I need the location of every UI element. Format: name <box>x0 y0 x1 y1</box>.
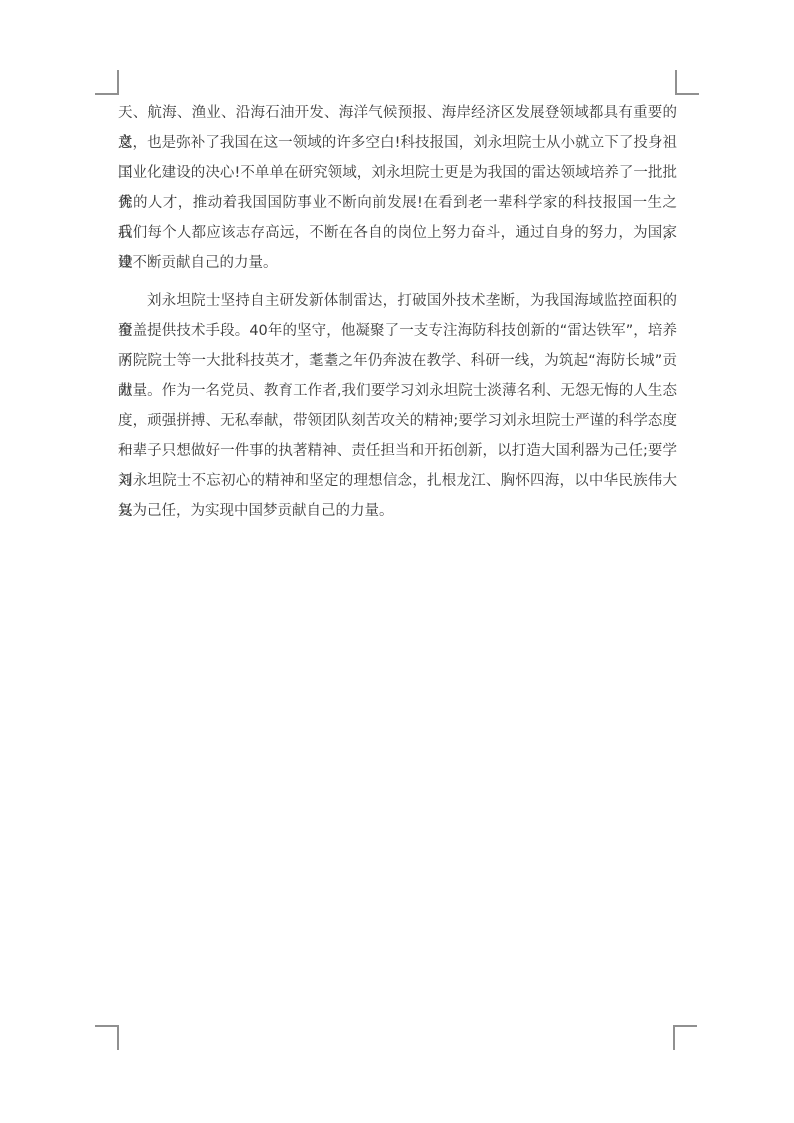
text-block: 天、航海、渔业、沿海石油开发、海洋气候预报、海岸经济区发展登领域都具有重要的意 … <box>118 98 677 526</box>
text-line: 力量。作为一名党员、教育工作者,我们要学习刘永坦院士淡薄名利、无怨无悔的人生态 <box>118 376 677 406</box>
text-line: 覆盖提供技术手段。40年的坚守，他凝聚了一支专注海防科技创新的“雷达铁军”，培养… <box>118 316 677 346</box>
text-line: 秀的人才，推动着我国国防事业不断向前发展!在看到老一辈科学家的科技报国一生之后， <box>118 188 677 218</box>
text-line: 我们每个人都应该志存高远，不断在各自的岗位上努力奋斗，通过自身的努力，为国家建 <box>118 218 677 248</box>
text-line: 两院院士等一大批科技英才，耄耋之年仍奔波在教学、科研一线，为筑起“海防长城”贡献 <box>118 346 677 376</box>
crop-mark-bottom-right-icon <box>673 1025 697 1050</box>
text-line: 刘永坦院士坚持自主研发新体制雷达，打破国外技术垄断，为我国海域监控面积的全 <box>118 286 677 316</box>
text-line: 设不断贡献自己的力量。 <box>118 248 677 278</box>
crop-mark-top-left-icon <box>95 70 119 95</box>
document-page: 天、航海、渔业、沿海石油开发、海洋气候预报、海岸经济区发展登领域都具有重要的意 … <box>0 0 794 1123</box>
text-line: 天、航海、渔业、沿海石油开发、海洋气候预报、海岸经济区发展登领域都具有重要的意 <box>118 98 677 128</box>
text-line: 一辈子只想做好一件事的执著精神、责任担当和开拓创新，以打造大国利器为己任;要学习 <box>118 436 677 466</box>
text-line: 义，也是弥补了我国在这一领域的许多空白!科技报国，刘永坦院士从小就立下了投身祖国 <box>118 128 677 158</box>
text-line: 工业化建设的决心!不单单在研究领域，刘永坦院士更是为我国的雷达领域培养了一批批优 <box>118 158 677 188</box>
paragraph-1: 天、航海、渔业、沿海石油开发、海洋气候预报、海岸经济区发展登领域都具有重要的意 … <box>118 98 677 278</box>
text-line: 兴为己任，为实现中国梦贡献自己的力量。 <box>118 496 677 526</box>
text-line: 度，顽强拼搏、无私奉献，带领团队刻苦攻关的精神;要学习刘永坦院士严谨的科学态度和 <box>118 406 677 436</box>
crop-mark-bottom-left-icon <box>95 1025 119 1050</box>
text-line: 刘永坦院士不忘初心的精神和坚定的理想信念，扎根龙江、胸怀四海，以中华民族伟大复 <box>118 466 677 496</box>
paragraph-2: 刘永坦院士坚持自主研发新体制雷达，打破国外技术垄断，为我国海域监控面积的全 覆盖… <box>118 286 677 526</box>
crop-mark-top-right-icon <box>675 70 699 95</box>
